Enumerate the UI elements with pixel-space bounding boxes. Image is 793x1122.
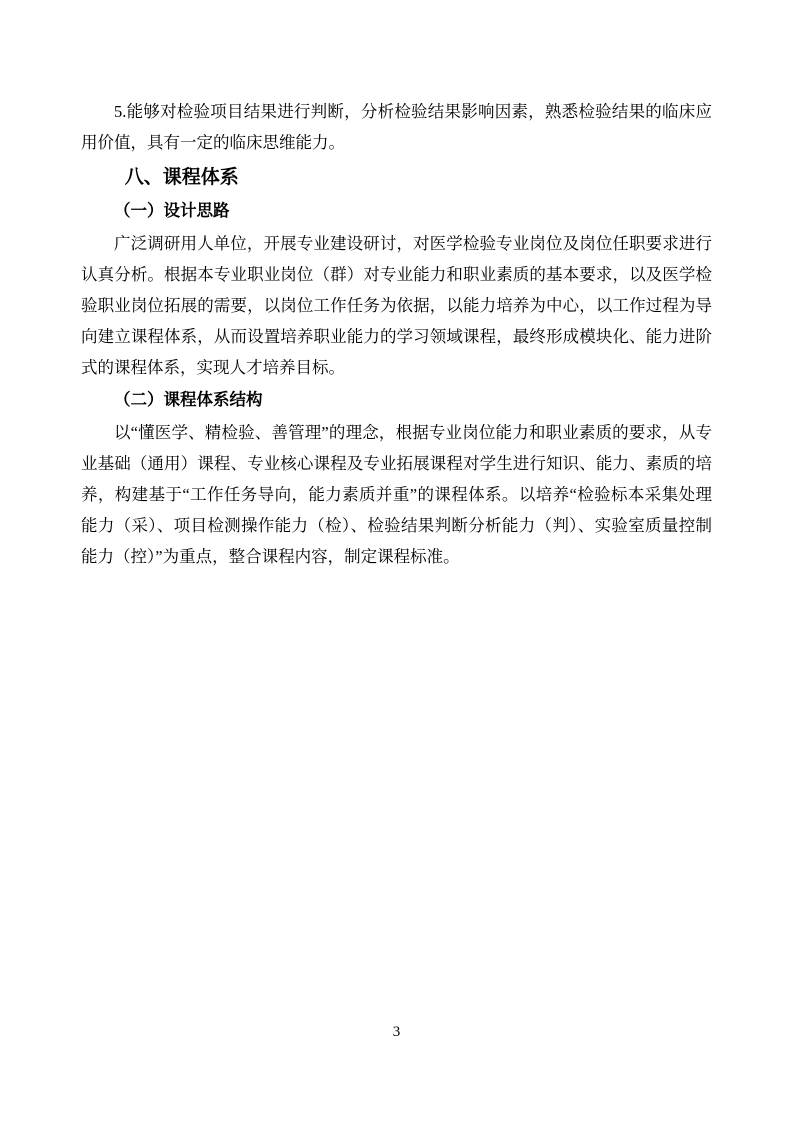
page-number: 3 bbox=[0, 1022, 793, 1042]
paragraph-design-approach: 广泛调研用人单位，开展专业建设研讨，对医学检验专业岗位及岗位任职要求进行认真分析… bbox=[81, 228, 712, 383]
document-page: 5.能够对检验项目结果进行判断，分析检验结果影响因素，熟悉检验结果的临床应用价值… bbox=[0, 0, 793, 1122]
list-item-5: 5.能够对检验项目结果进行判断，分析检验结果影响因素，熟悉检验结果的临床应用价值… bbox=[81, 96, 712, 158]
section-heading-curriculum-system: 八、课程体系 bbox=[81, 163, 712, 193]
paragraph-curriculum-structure: 以“懂医学、精检验、善管理”的理念，根据专业岗位能力和职业素质的要求，从专业基础… bbox=[81, 417, 712, 572]
subsection-heading-curriculum-structure: （二）课程体系结构 bbox=[81, 385, 712, 415]
subsection-heading-design-approach: （一）设计思路 bbox=[81, 196, 712, 226]
